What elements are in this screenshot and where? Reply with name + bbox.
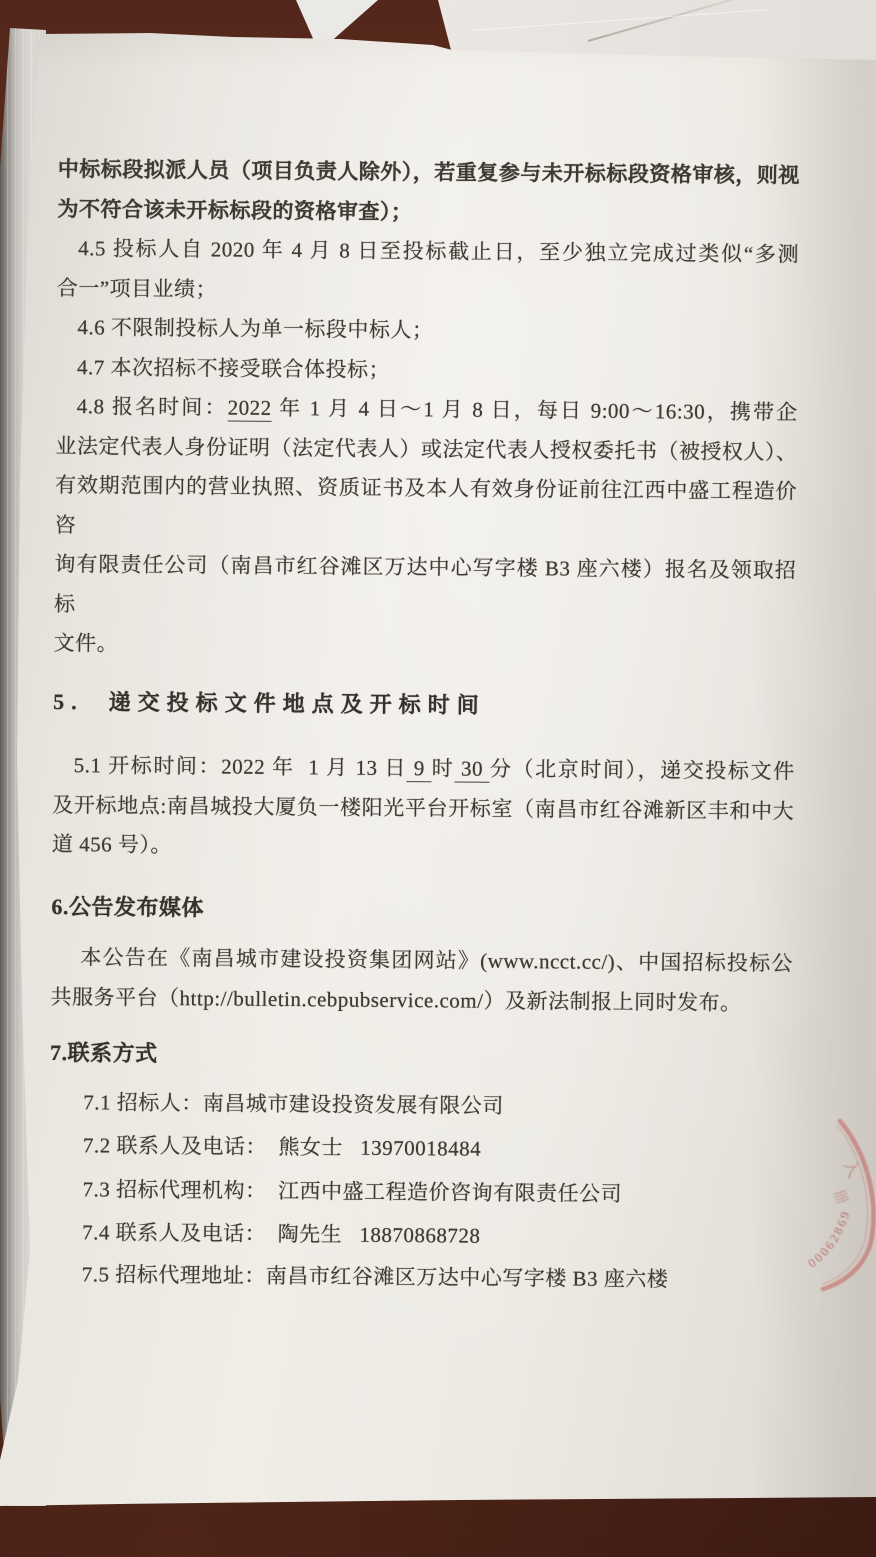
- document-line: 7.4 联系人及电话： 陶先生 18870868728: [48, 1213, 790, 1259]
- document-line: 本公告在《南昌城市建设投资集团网站》(www.ncct.cc/)、中国招标投标公: [51, 938, 793, 984]
- document-line: 道 456 号）。: [52, 825, 794, 871]
- document-line: 5.1 开标时间：2022 年 1 月 13 日 9 时 30 分（北京时间），…: [52, 746, 794, 792]
- document-line: 文件。: [54, 624, 796, 670]
- document-line: 4.7 本次招标不接受联合体投标；: [56, 347, 798, 393]
- document-line: 业法定代表人身份证明（法定代表人）或法定代表人授权委托书（被授权人）、: [55, 426, 797, 472]
- document-line: 为不符合该未开标标段的资格审查）；: [57, 189, 799, 235]
- document-line: 及开标地点:南昌城投大厦负一楼阳光平台开标室（南昌市红谷滩新区丰和中大: [52, 785, 794, 831]
- document-line: 7.1 招标人：南昌城市建设投资发展有限公司: [50, 1082, 792, 1128]
- document-line: 4.6 不限制投标人为单一标段中标人；: [56, 308, 798, 354]
- document-line: 7.5 招标代理地址：南昌市红谷滩区万达中心写字楼 B3 座六楼: [48, 1254, 790, 1300]
- document-line: 中标标段拟派人员（项目负责人除外），若重复参与未开标标段资格审核，则视: [58, 150, 800, 196]
- photo-of-document: { "scene": { "desk_color": "#51251b", "p…: [0, 0, 876, 1557]
- document-line: 合一”项目业绩；: [57, 268, 799, 314]
- document-line: 共服务平台（http://bulletin.cebpubservice.com/…: [50, 977, 792, 1023]
- document-line: 6.公告发布媒体: [51, 886, 793, 932]
- document-line: 有效期范围内的营业执照、资质证书及本人有效身份证前往江西中盛工程造价咨: [55, 466, 798, 551]
- document-line: 7.2 联系人及电话： 熊女士 13970018484: [49, 1126, 791, 1172]
- document-line: 询有限责任公司（南昌市红谷滩区万达中心写字楼 B3 座六楼）报名及领取招标: [54, 545, 797, 630]
- document-text: 中标标段拟派人员（项目负责人除外），若重复参与未开标标段资格审核，则视为不符合该…: [48, 150, 800, 1300]
- document-line: 7.3 招标代理机构： 江西中盛工程造价咨询有限责任公司: [49, 1169, 791, 1215]
- document-line: 5. 递交投标文件地点及开标时间: [53, 681, 795, 727]
- document-line: 4.5 投标人自 2020 年 4 月 8 日至投标截止日，至少独立完成过类似“…: [57, 229, 799, 275]
- document-line: 7.联系方式: [50, 1033, 792, 1079]
- document-line: 4.8 报名时间：2022 年 1 月 4 日～1 月 8 日，每日 9:00～…: [56, 387, 798, 433]
